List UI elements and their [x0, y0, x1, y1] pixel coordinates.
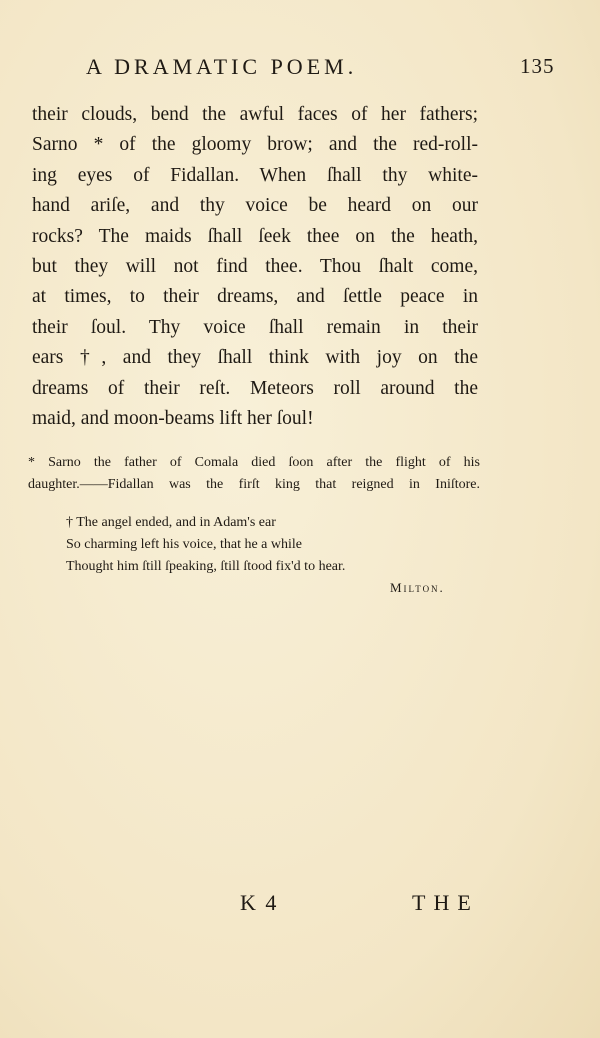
- text-line: their clouds, bend the awful faces of he…: [32, 100, 478, 130]
- text-line: dreams of their reſt. Meteors roll aroun…: [32, 374, 478, 404]
- text-line: Sarno * of the gloomy brow; and the red-…: [32, 130, 478, 160]
- text-line: rocks? The maids ſhall ſeek thee on the …: [32, 222, 478, 252]
- verse-line: Thought him ſtill ſpeaking, ſtill ſtood …: [66, 556, 345, 578]
- text-line: their ſoul. Thy voice ſhall remain in th…: [32, 313, 478, 343]
- text-line: ing eyes of Fidallan. When ſhall thy whi…: [32, 161, 478, 191]
- footnote-line: daughter.——Fidallan was the firſt king t…: [28, 474, 480, 496]
- quote-attribution: Milton.: [390, 580, 445, 596]
- verse-line: † The angel ended, and in Adam's ear: [66, 512, 345, 534]
- text-line: but they will not find thee. Thou ſhalt …: [32, 252, 478, 282]
- text-line: at times, to their dreams, and ſettle pe…: [32, 282, 478, 312]
- footnote-line: * Sarno the father of Comala died ſoon a…: [28, 452, 480, 474]
- text-line: hand ariſe, and thy voice be heard on ou…: [32, 191, 478, 221]
- text-line: ears †, and they ſhall think with joy on…: [32, 343, 478, 373]
- body-text: their clouds, bend the awful faces of he…: [32, 100, 478, 434]
- footnote-sarno: * Sarno the father of Comala died ſoon a…: [28, 452, 480, 496]
- catchword: THE: [412, 890, 479, 916]
- signature-mark: K 4: [240, 890, 278, 916]
- verse-line: So charming left his voice, that he a wh…: [66, 534, 345, 556]
- text-line: maid, and moon-beams lift her ſoul!: [32, 404, 478, 434]
- page-number: 135: [520, 54, 555, 79]
- footnote-milton-quote: † The angel ended, and in Adam's ear So …: [66, 512, 345, 578]
- running-title: A DRAMATIC POEM.: [86, 54, 486, 80]
- book-page: A DRAMATIC POEM. 135 their clouds, bend …: [0, 0, 600, 1038]
